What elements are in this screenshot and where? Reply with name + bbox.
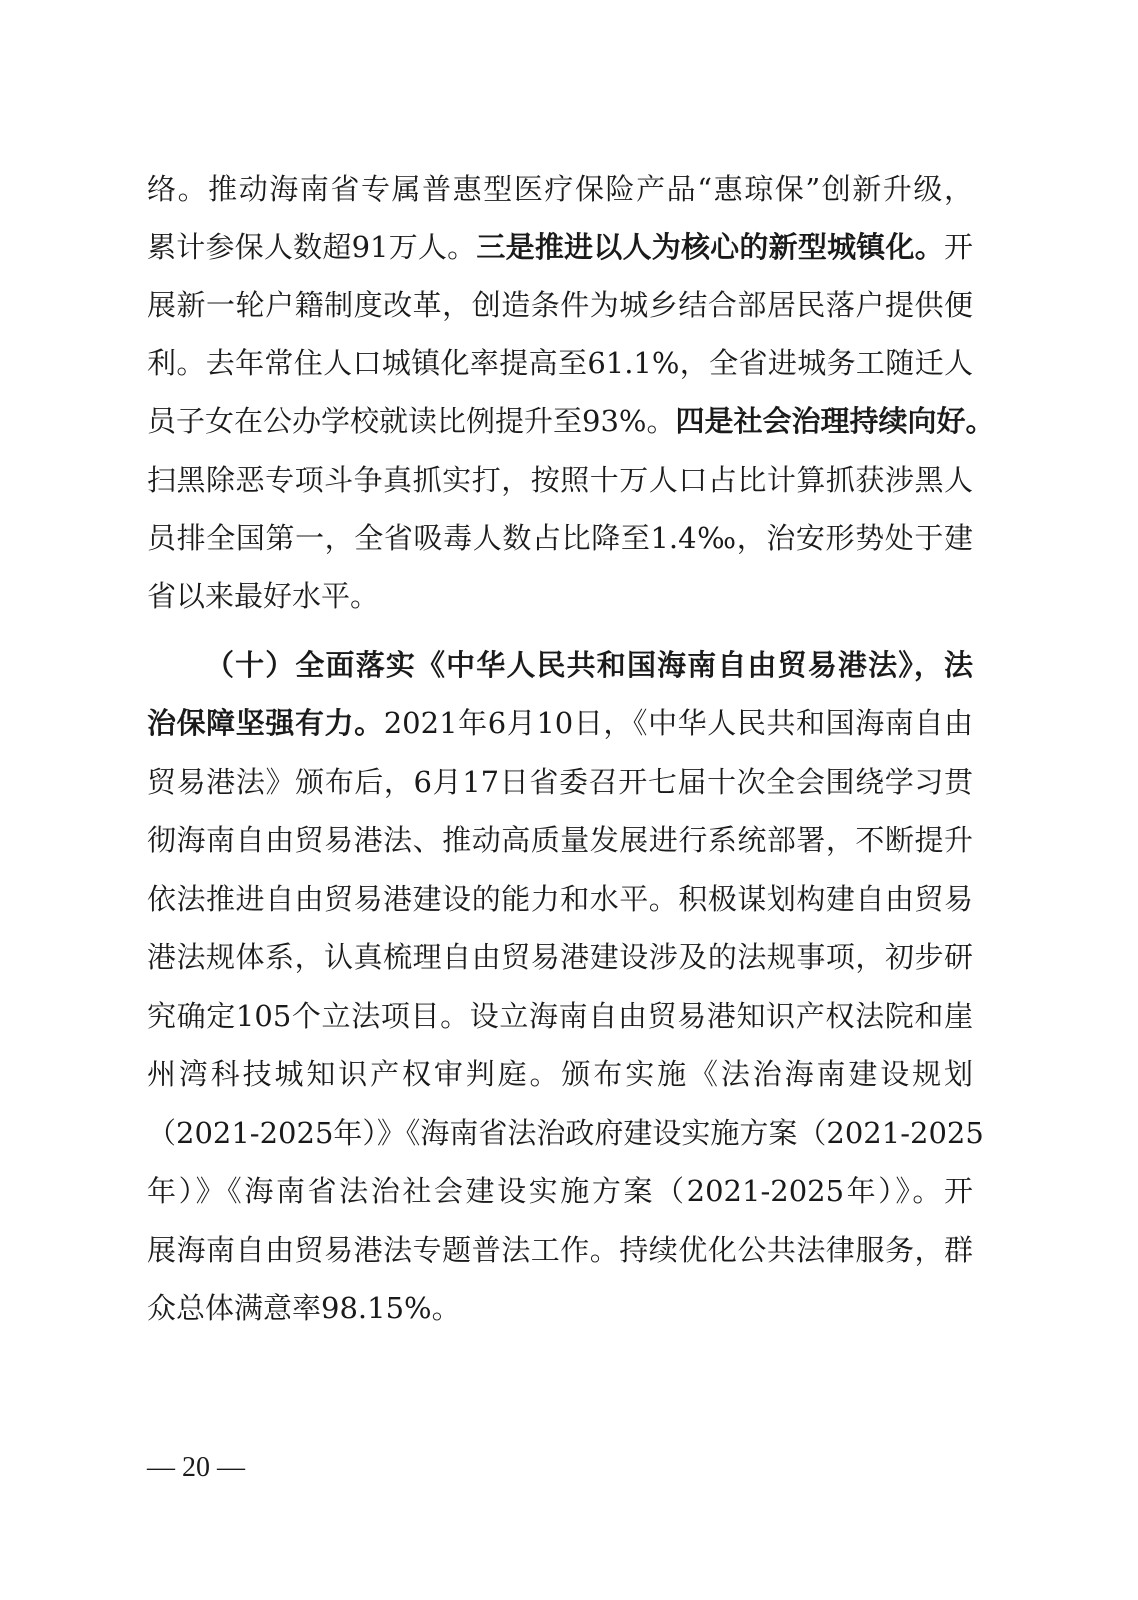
- section-heading: （十）全面落实《中华人民共和国海南自由贸易港法》，法: [205, 648, 973, 682]
- body-text: 究确定105个立法项目。设立海南自由贸易港知识产权法院和崖: [147, 999, 973, 1033]
- text-line: 络。推动海南省专属普惠型医疗保险产品“惠琼保”创新升级，: [147, 160, 973, 218]
- text-line: 州湾科技城知识产权审判庭。颁布实施《法治海南建设规划: [147, 1045, 973, 1103]
- body-text: 彻海南自由贸易港法、推动高质量发展进行系统部署，不断提升: [147, 823, 973, 857]
- text-line: 港法规体系，认真梳理自由贸易港建设涉及的法规事项，初步研: [147, 928, 973, 986]
- document-page: 络。推动海南省专属普惠型医疗保险产品“惠琼保”创新升级， 累计参保人数超91万人…: [0, 0, 1138, 1600]
- body-text: 州湾科技城知识产权审判庭。颁布实施《法治海南建设规划: [147, 1057, 973, 1091]
- body-text: 利。去年常住人口城镇化率提高至61.1%，全省进城务工随迁人: [147, 346, 973, 380]
- text-line: 扫黑除恶专项斗争真抓实打，按照十万人口占比计算抓获涉黑人: [147, 451, 973, 509]
- text-line: 员子女在公办学校就读比例提升至93%。四是社会治理持续向好。: [147, 392, 973, 450]
- body-text: 众总体满意率98.15%。: [147, 1291, 461, 1325]
- body-text: 累计参保人数超91万人。: [147, 230, 476, 264]
- text-line: 究确定105个立法项目。设立海南自由贸易港知识产权法院和崖: [147, 987, 973, 1045]
- text-line: 依法推进自由贸易港建设的能力和水平。积极谋划构建自由贸易: [147, 870, 973, 928]
- body-text: 展海南自由贸易港法专题普法工作。持续优化公共法律服务，群: [147, 1233, 973, 1267]
- body-text: 省以来最好水平。: [147, 579, 379, 613]
- text-line: （2021-2025年）》《海南省法治政府建设实施方案（2021-2025: [147, 1104, 973, 1162]
- section-heading-continuation: 治保障坚强有力。: [147, 706, 384, 740]
- text-line: 省以来最好水平。: [147, 567, 973, 625]
- text-line: 彻海南自由贸易港法、推动高质量发展进行系统部署，不断提升: [147, 811, 973, 869]
- body-text: 开: [944, 230, 973, 264]
- body-text: 港法规体系，认真梳理自由贸易港建设涉及的法规事项，初步研: [147, 940, 973, 974]
- bold-highlight-text: 三是推进以人为核心的新型城镇化。: [476, 230, 944, 264]
- text-line: 员排全国第一，全省吸毒人数占比降至1.4‰，治安形势处于建: [147, 509, 973, 567]
- text-line: 展海南自由贸易港法专题普法工作。持续优化公共法律服务，群: [147, 1221, 973, 1279]
- body-text: 年）》《海南省法治社会建设实施方案（2021-2025年）》。开: [147, 1174, 973, 1208]
- body-text: 2021年6月10日，《中华人民共和国海南自由: [384, 706, 973, 740]
- text-line: 年）》《海南省法治社会建设实施方案（2021-2025年）》。开: [147, 1162, 973, 1220]
- text-line: 展新一轮户籍制度改革，创造条件为城乡结合部居民落户提供便: [147, 276, 973, 334]
- body-text: （2021-2025年）》《海南省法治政府建设实施方案（2021-2025: [147, 1116, 984, 1150]
- bold-highlight-text: 四是社会治理持续向好。: [675, 404, 994, 438]
- text-line: 贸易港法》颁布后，6月17日省委召开七届十次全会围绕学习贯: [147, 753, 973, 811]
- body-text: 贸易港法》颁布后，6月17日省委召开七届十次全会围绕学习贯: [147, 765, 973, 799]
- body-text: 依法推进自由贸易港建设的能力和水平。积极谋划构建自由贸易: [147, 882, 973, 916]
- body-text: 员排全国第一，全省吸毒人数占比降至1.4‰，治安形势处于建: [147, 521, 973, 555]
- text-line: 治保障坚强有力。2021年6月10日，《中华人民共和国海南自由: [147, 694, 973, 752]
- body-text: 络。推动海南省专属普惠型医疗保险产品“惠琼保”创新升级，: [147, 172, 973, 206]
- section-heading-line: （十）全面落实《中华人民共和国海南自由贸易港法》，法: [205, 636, 973, 694]
- text-line: 利。去年常住人口城镇化率提高至61.1%，全省进城务工随迁人: [147, 334, 973, 392]
- body-text: 展新一轮户籍制度改革，创造条件为城乡结合部居民落户提供便: [147, 288, 973, 322]
- body-text: 扫黑除恶专项斗争真抓实打，按照十万人口占比计算抓获涉黑人: [147, 463, 973, 497]
- text-line: 累计参保人数超91万人。三是推进以人为核心的新型城镇化。开: [147, 218, 973, 276]
- text-line: 众总体满意率98.15%。: [147, 1279, 973, 1337]
- page-number: — 20 —: [147, 1448, 245, 1488]
- body-text: 员子女在公办学校就读比例提升至93%。: [147, 404, 675, 438]
